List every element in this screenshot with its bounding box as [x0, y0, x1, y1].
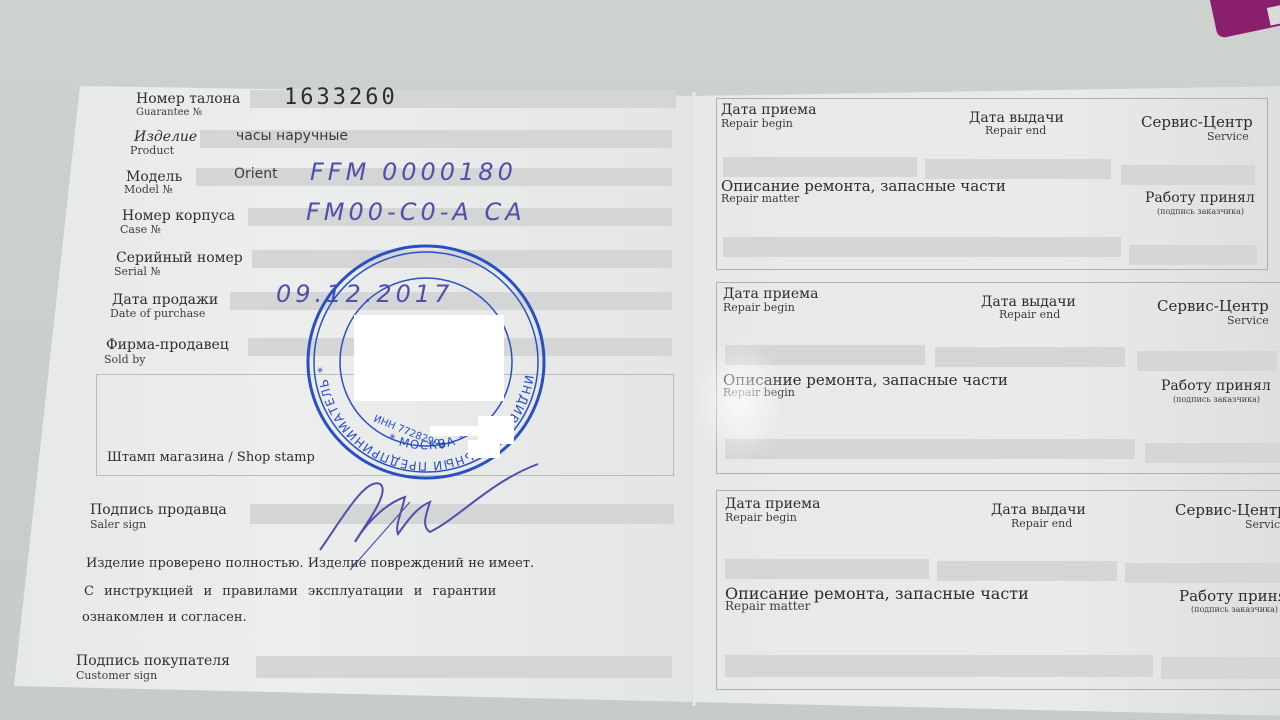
- repair-end-label-en: Repair end: [985, 125, 1046, 136]
- repair-begin-label-en: Repair begin: [723, 302, 795, 313]
- service-field: [1137, 351, 1277, 371]
- service-label-en: Service: [1245, 519, 1280, 530]
- notice-line-3: ознакомлен и согласен.: [82, 610, 247, 625]
- model-label: Модель: [126, 170, 182, 184]
- repair-end-label: Дата выдачи: [981, 295, 1076, 309]
- service-label-en: Service: [1207, 131, 1249, 142]
- service-label: Сервис-Центр: [1157, 299, 1269, 313]
- redaction-box: [430, 426, 480, 436]
- accepted-label: Работу принял: [1145, 191, 1255, 205]
- seller-label-en: Sold by: [104, 354, 145, 365]
- customer-sign-field: [256, 656, 672, 678]
- customer-sign-label: Подпись покупателя: [76, 654, 230, 668]
- accepted-sign-field: [1145, 443, 1280, 463]
- accepted-label: Работу принял: [1179, 589, 1280, 603]
- accepted-note: (подпись заказчика): [1173, 395, 1260, 404]
- purchase-date-label-en: Date of purchase: [110, 308, 205, 319]
- repair-end-label: Дата выдачи: [969, 111, 1064, 125]
- notice-line-2: С инструкцией и правилами эксплуатации и…: [84, 584, 496, 599]
- repair-end-label-en: Repair end: [999, 309, 1060, 320]
- repair-matter-field: [725, 655, 1153, 677]
- purchase-date-label: Дата продажи: [112, 293, 218, 307]
- product-label-en: Product: [130, 145, 174, 156]
- repair-matter-label: Описание ремонта, запасные части: [721, 179, 1006, 193]
- repair-begin-label: Дата приема: [723, 287, 818, 301]
- repair-matter-field: [725, 439, 1135, 459]
- case-label: Номер корпуса: [122, 209, 235, 223]
- shop-stamp-label: Штамп магазина / Shop stamp: [107, 451, 315, 465]
- light-glare: [696, 340, 786, 460]
- repair-end-label: Дата выдачи: [991, 503, 1086, 517]
- repair-begin-label: Дата приема: [721, 103, 816, 117]
- repair-end-field: [925, 159, 1111, 179]
- accepted-note: (подпись заказчика): [1191, 605, 1278, 614]
- serial-label-en: Serial №: [114, 266, 161, 277]
- repair-matter-label-en: Repair matter: [725, 601, 810, 612]
- seller-sign-label-en: Saler sign: [90, 519, 146, 530]
- accepted-note: (подпись заказчика): [1157, 207, 1244, 216]
- guarantee-label: Номер талона: [136, 92, 240, 106]
- repair-begin-field: [725, 559, 929, 579]
- repair-begin-label-en: Repair begin: [721, 118, 793, 129]
- accepted-sign-field: [1161, 657, 1280, 679]
- product-label: Изделие: [134, 130, 197, 144]
- service-label-en: Service: [1227, 315, 1269, 326]
- service-field: [1125, 563, 1280, 583]
- model-label-en: Model №: [124, 184, 173, 195]
- accepted-label: Работу принял: [1161, 379, 1271, 393]
- repair-end-field: [937, 561, 1117, 581]
- repair-matter-field: [723, 237, 1121, 257]
- repair-begin-label: Дата приема: [725, 497, 820, 511]
- case-label-en: Case №: [120, 224, 161, 235]
- repair-block-1: Дата приема Repair begin Дата выдачи Rep…: [716, 98, 1268, 270]
- repair-end-field: [935, 347, 1125, 367]
- serial-label: Серийный номер: [116, 251, 243, 265]
- seller-sign-label: Подпись продавца: [90, 503, 227, 517]
- repair-begin-label-en: Repair begin: [725, 512, 797, 523]
- guarantee-label-en: Guarantee №: [136, 107, 202, 118]
- customer-sign-label-en: Customer sign: [76, 670, 157, 681]
- product-value: часы наручные: [236, 128, 348, 144]
- repair-block-2: Дата приема Repair begin Дата выдачи Rep…: [716, 282, 1280, 474]
- case-handwritten-value: FM00-C0-A CA: [306, 198, 526, 226]
- repair-block-3: Дата приема Repair begin Дата выдачи Rep…: [716, 490, 1280, 690]
- seller-label: Фирма-продавец: [106, 338, 229, 352]
- redaction-box: [354, 315, 504, 401]
- repair-end-label-en: Repair end: [1011, 518, 1072, 529]
- service-label: Сервис-Центр: [1141, 115, 1253, 129]
- seller-signature: [310, 462, 550, 572]
- model-handwritten-value: FFM 0000180: [310, 158, 517, 186]
- service-field: [1121, 165, 1255, 185]
- redaction-box: [468, 440, 500, 458]
- guarantee-number: 1633260: [284, 85, 398, 110]
- service-label: Сервис-Центр: [1175, 503, 1280, 517]
- model-printed-value: Orient: [234, 166, 278, 182]
- accepted-sign-field: [1129, 245, 1257, 265]
- repair-matter-label-en: Repair matter: [721, 193, 799, 204]
- repair-begin-field: [723, 157, 917, 177]
